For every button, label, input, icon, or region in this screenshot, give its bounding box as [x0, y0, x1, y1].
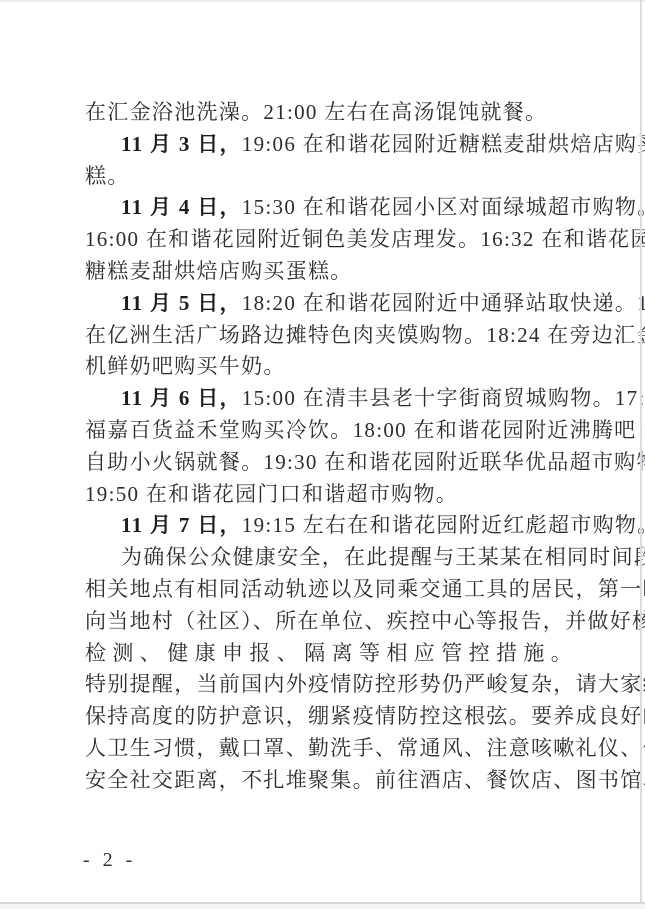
text-segment: 18:20 在和谐花园附近中通驿站取快递。18:02 [242, 291, 645, 315]
text-segment: 19:06 在和谐花园附近糖糕麦甜烘焙店购买蛋 [242, 132, 645, 156]
text-line: 机鲜奶吧购买牛奶。 [85, 351, 583, 383]
text-segment: 在汇金浴池洗澡。21:00 左右在高汤馄饨就餐。 [85, 100, 547, 124]
text-segment: 福嘉百货益禾堂购买冷饮。18:00 在和谐花园附近沸腾吧 15 元 [85, 418, 645, 442]
text-line: 为确保公众健康安全，在此提醒与王某某在相同时间段、 [85, 542, 583, 574]
text-segment: 19:15 左右在和谐花园附近红彪超市购物。 [242, 513, 645, 537]
text-line: 检测、健康申报、隔离等相应管控措施。 [85, 638, 583, 670]
date-label: 11 月 4 日， [121, 195, 242, 219]
text-segment: 15:00 在清丰县老十字街商贸城购物。17:33 在 [242, 386, 645, 410]
text-segment: 向当地村（社区）、所在单位、疾控中心等报告，并做好核酸 [85, 609, 645, 633]
text-segment: 检测、健康申报、隔离等相应管控措施。 [85, 641, 578, 665]
text-line: 在汇金浴池洗澡。21:00 左右在高汤馄饨就餐。 [85, 97, 583, 129]
document-page: 在汇金浴池洗澡。21:00 左右在高汤馄饨就餐。11 月 3 日，19:06 在… [0, 0, 645, 909]
text-line: 向当地村（社区）、所在单位、疾控中心等报告，并做好核酸 [85, 606, 583, 638]
page-number: - 2 - [83, 848, 136, 872]
text-line: 11 月 3 日，19:06 在和谐花园附近糖糕麦甜烘焙店购买蛋 [85, 129, 583, 161]
text-segment: 人卫生习惯，戴口罩、勤洗手、常通风、注意咳嗽礼仪、保持 [85, 736, 645, 760]
page-right-edge [640, 0, 642, 902]
document-body-text: 在汇金浴池洗澡。21:00 左右在高汤馄饨就餐。11 月 3 日，19:06 在… [85, 97, 583, 797]
date-label: 11 月 3 日， [121, 132, 242, 156]
text-segment: 为确保公众健康安全，在此提醒与王某某在相同时间段、 [121, 545, 645, 569]
text-segment: 自助小火锅就餐。19:30 在和谐花园附近联华优品超市购物。 [85, 450, 645, 474]
text-line: 11 月 4 日，15:30 在和谐花园小区对面绿城超市购物。 [85, 192, 583, 224]
text-line: 保持高度的防护意识，绷紧疫情防控这根弦。要养成良好的个 [85, 701, 583, 733]
text-segment: 19:50 在和谐花园门口和谐超市购物。 [85, 482, 458, 506]
text-line: 11 月 6 日，15:00 在清丰县老十字街商贸城购物。17:33 在 [85, 383, 583, 415]
text-line: 特别提醒，当前国内外疫情防控形势仍严峻复杂，请大家继续 [85, 669, 583, 701]
text-line: 安全社交距离，不扎堆聚集。前往酒店、餐饮店、图书馆、商 [85, 765, 583, 797]
date-label: 11 月 6 日， [121, 386, 242, 410]
text-line: 福嘉百货益禾堂购买冷饮。18:00 在和谐花园附近沸腾吧 15 元 [85, 415, 583, 447]
text-segment: 糕。 [85, 164, 130, 188]
text-segment: 保持高度的防护意识，绷紧疫情防控这根弦。要养成良好的个 [85, 704, 645, 728]
text-segment: 机鲜奶吧购买牛奶。 [85, 354, 286, 378]
date-label: 11 月 7 日， [121, 513, 242, 537]
text-line: 11 月 7 日，19:15 左右在和谐花园附近红彪超市购物。 [85, 510, 583, 542]
text-line: 16:00 在和谐花园附近铜色美发店理发。16:32 在和谐花园附近 [85, 224, 583, 256]
text-segment: 安全社交距离，不扎堆聚集。前往酒店、餐饮店、图书馆、商 [85, 768, 645, 792]
text-line: 相关地点有相同活动轨迹以及同乘交通工具的居民，第一时间 [85, 574, 583, 606]
text-line: 糖糕麦甜烘焙店购买蛋糕。 [85, 256, 583, 288]
text-segment: 15:30 在和谐花园小区对面绿城超市购物。 [242, 195, 645, 219]
text-segment: 糖糕麦甜烘焙店购买蛋糕。 [85, 259, 353, 283]
text-line: 自助小火锅就餐。19:30 在和谐花园附近联华优品超市购物。 [85, 447, 583, 479]
text-line: 19:50 在和谐花园门口和谐超市购物。 [85, 479, 583, 511]
text-line: 11 月 5 日，18:20 在和谐花园附近中通驿站取快递。18:02 [85, 288, 583, 320]
text-segment: 16:00 在和谐花园附近铜色美发店理发。16:32 在和谐花园附近 [85, 227, 645, 251]
text-line: 人卫生习惯，戴口罩、勤洗手、常通风、注意咳嗽礼仪、保持 [85, 733, 583, 765]
text-line: 在亿洲生活广场路边摊特色肉夹馍购物。18:24 在旁边汇金城有 [85, 320, 583, 352]
date-label: 11 月 5 日， [121, 291, 242, 315]
page-top-edge [0, 0, 645, 2]
text-segment: 相关地点有相同活动轨迹以及同乘交通工具的居民，第一时间 [85, 577, 645, 601]
page-bottom-edge [0, 902, 645, 909]
text-segment: 在亿洲生活广场路边摊特色肉夹馍购物。18:24 在旁边汇金城有 [85, 323, 645, 347]
text-segment: 特别提醒，当前国内外疫情防控形势仍严峻复杂，请大家继续 [85, 672, 645, 696]
text-line: 糕。 [85, 161, 583, 193]
